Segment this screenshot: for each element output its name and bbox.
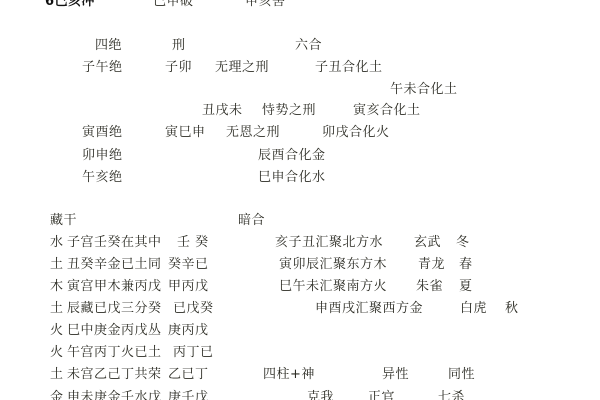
stems: 庚壬戊: [168, 390, 209, 400]
element: 火: [50, 345, 64, 361]
combination-item: 辰酉合化金: [258, 148, 326, 164]
verse: 午宫丙丁火已土: [67, 345, 162, 361]
gathering-text: 亥子丑汇聚北方水: [275, 235, 383, 251]
stems: 庚丙戊: [168, 323, 209, 339]
four-extinctions-header: 四绝: [95, 38, 122, 54]
punishment-name: 无恩之刑: [226, 125, 280, 141]
element: 土: [50, 367, 64, 383]
stems: 已戊癸: [173, 301, 214, 317]
element: 土: [50, 257, 64, 273]
extinction-item: 午亥绝: [82, 170, 123, 186]
ten-gods-same: 七杀: [438, 390, 465, 400]
verse: 子宫壬癸在其中: [67, 235, 162, 251]
verse: 丑癸辛金已土同: [67, 257, 162, 273]
combination-item: 巳申合化水: [258, 170, 326, 186]
element: 木: [50, 279, 64, 295]
verse: 申未庚金壬水戊: [67, 390, 162, 400]
harm-label: 申亥害: [245, 0, 286, 10]
element: 火: [50, 323, 64, 339]
extinction-item: 子午绝: [82, 60, 123, 76]
ten-gods-header: 四柱+神: [263, 367, 315, 383]
element: 水: [50, 235, 64, 251]
stems: 癸辛已: [168, 257, 209, 273]
element: 金: [50, 390, 64, 400]
same-sex-header: 同性: [448, 367, 475, 383]
punishment-name: 恃势之刑: [262, 103, 316, 119]
punishment-branches: 寅巳申: [165, 125, 206, 141]
gathering-season: 秋: [505, 301, 519, 317]
gathering-season: 夏: [459, 279, 473, 295]
gathering-beast: 朱雀: [416, 279, 443, 295]
gathering-beast: 白虎: [460, 301, 487, 317]
verse: 寅宫甲木兼丙戊: [67, 279, 162, 295]
extinction-item: 卯申绝: [82, 148, 123, 164]
punishment-branches: 子卯: [165, 60, 192, 76]
opposite-sex-header: 异性: [382, 367, 409, 383]
gathering-text: 巳午未汇聚南方火: [279, 279, 387, 295]
combination-item: 午未合化土: [390, 82, 458, 98]
hidden-combination-header: 暗合: [238, 213, 265, 229]
element: 土: [50, 301, 64, 317]
punishment-branches: 丑戌未: [202, 103, 243, 119]
punishment-name: 无理之刑: [215, 60, 269, 76]
gathering-text: 寅卯辰汇聚东方木: [279, 257, 387, 273]
combination-item: 卯戌合化火: [322, 125, 390, 141]
gathering-season: 春: [459, 257, 473, 273]
six-combinations-header: 六合: [295, 38, 322, 54]
gathering-text: 申酉戌汇聚西方金: [315, 301, 423, 317]
punishment-header: 刑: [172, 38, 186, 54]
ten-gods-opposite: 正官: [368, 390, 395, 400]
clash-label: 6巳亥冲: [45, 0, 95, 10]
verse: 未宫乙己丁共荣: [67, 367, 162, 383]
ten-gods-row-label: 克我: [307, 390, 334, 400]
stems: 甲丙戊: [168, 279, 209, 295]
verse: 辰藏已戊三分癸: [67, 301, 162, 317]
break-label: 巳申破: [153, 0, 194, 10]
combination-item: 寅亥合化土: [353, 103, 421, 119]
gathering-beast: 青龙: [418, 257, 445, 273]
gathering-beast: 玄武: [414, 235, 441, 251]
stems: 壬 癸: [177, 235, 209, 251]
hidden-stems-header: 藏干: [50, 213, 77, 229]
verse: 巳中庚金丙戊丛: [67, 323, 162, 339]
extinction-item: 寅酉绝: [82, 125, 123, 141]
stems: 丙丁已: [173, 345, 214, 361]
combination-item: 子丑合化土: [315, 60, 383, 76]
stems: 乙已丁: [168, 367, 209, 383]
gathering-season: 冬: [456, 235, 470, 251]
